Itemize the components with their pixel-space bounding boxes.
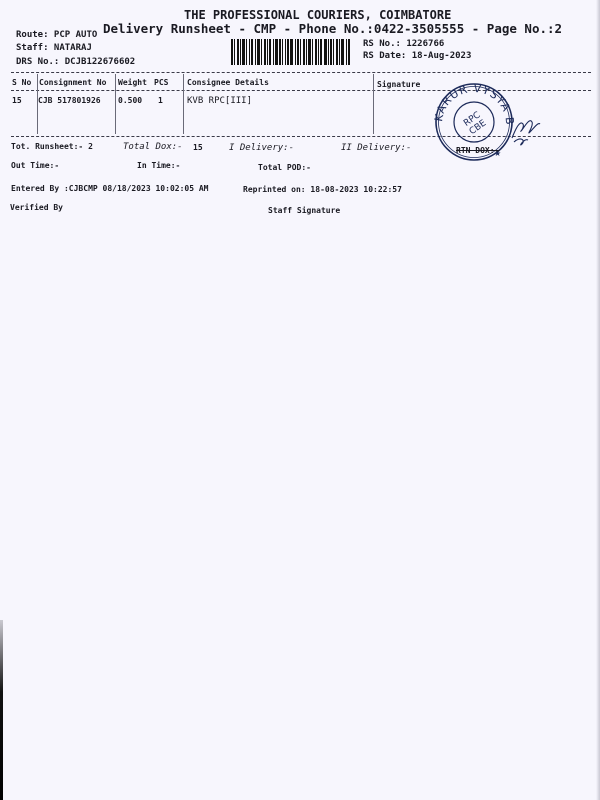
entered-by: Entered By :CJBCMP 08/18/2023 10:02:05 A… (11, 184, 208, 193)
cell-pcs: 1 (158, 96, 163, 105)
rs-number: RS No.: 1226766 (363, 39, 444, 49)
cell-consignee: KVB RPC[III] (187, 96, 252, 106)
column-header-signature: Signature (377, 80, 420, 89)
ii-delivery-label: II Delivery:- (341, 143, 411, 153)
handwritten-signature (512, 121, 540, 145)
table-top-divider (11, 72, 591, 73)
cell-consignment-no: CJB 517801926 (38, 96, 101, 105)
column-header-consignment-no: Consignment No (39, 78, 106, 87)
drs-number: DRS No.: DCJB122676602 (16, 57, 135, 67)
column-header-weight: Weight (118, 78, 147, 87)
scan-edge-left (0, 620, 3, 800)
cell-weight: 0.500 (118, 96, 142, 105)
staff-signature-label: Staff Signature (268, 206, 340, 215)
column-divider (115, 74, 116, 134)
in-time-label: In Time:- (137, 161, 180, 170)
verified-by-label: Verified By (10, 203, 63, 212)
total-dox-label: Total Dox:- (123, 142, 183, 152)
runsheet-page: THE PROFESSIONAL COURIERS, COIMBATORE De… (0, 0, 600, 800)
reprinted-on: Reprinted on: 18-08-2023 10:22:57 (243, 185, 402, 194)
out-time-label: Out Time:- (11, 161, 59, 170)
column-header-s-no: S No (12, 78, 31, 87)
tot-runsheet-label: Tot. Runsheet:- 2 (11, 142, 93, 151)
total-dox-value: 15 (193, 143, 203, 152)
rs-date: RS Date: 18-Aug-2023 (363, 51, 471, 61)
rtn-dox-label: RTN DOX:- (456, 146, 499, 155)
company-title: THE PROFESSIONAL COURIERS, COIMBATORE (184, 8, 451, 22)
staff-label: Staff: NATARAJ (16, 43, 92, 53)
column-divider (183, 74, 184, 134)
route-label: Route: PCP AUTO (16, 30, 97, 40)
cell-s-no: 15 (12, 96, 22, 105)
total-pod-label: Total POD:- (258, 163, 311, 172)
column-divider (373, 74, 374, 134)
runsheet-title-line: Delivery Runsheet - CMP - Phone No.:0422… (103, 21, 562, 36)
i-delivery-label: I Delivery:- (229, 143, 294, 153)
scan-edge-right (596, 0, 600, 800)
column-header-pcs: PCS (154, 78, 168, 87)
column-header-consignee-details: Consignee Details (187, 78, 269, 87)
barcode (231, 39, 355, 65)
